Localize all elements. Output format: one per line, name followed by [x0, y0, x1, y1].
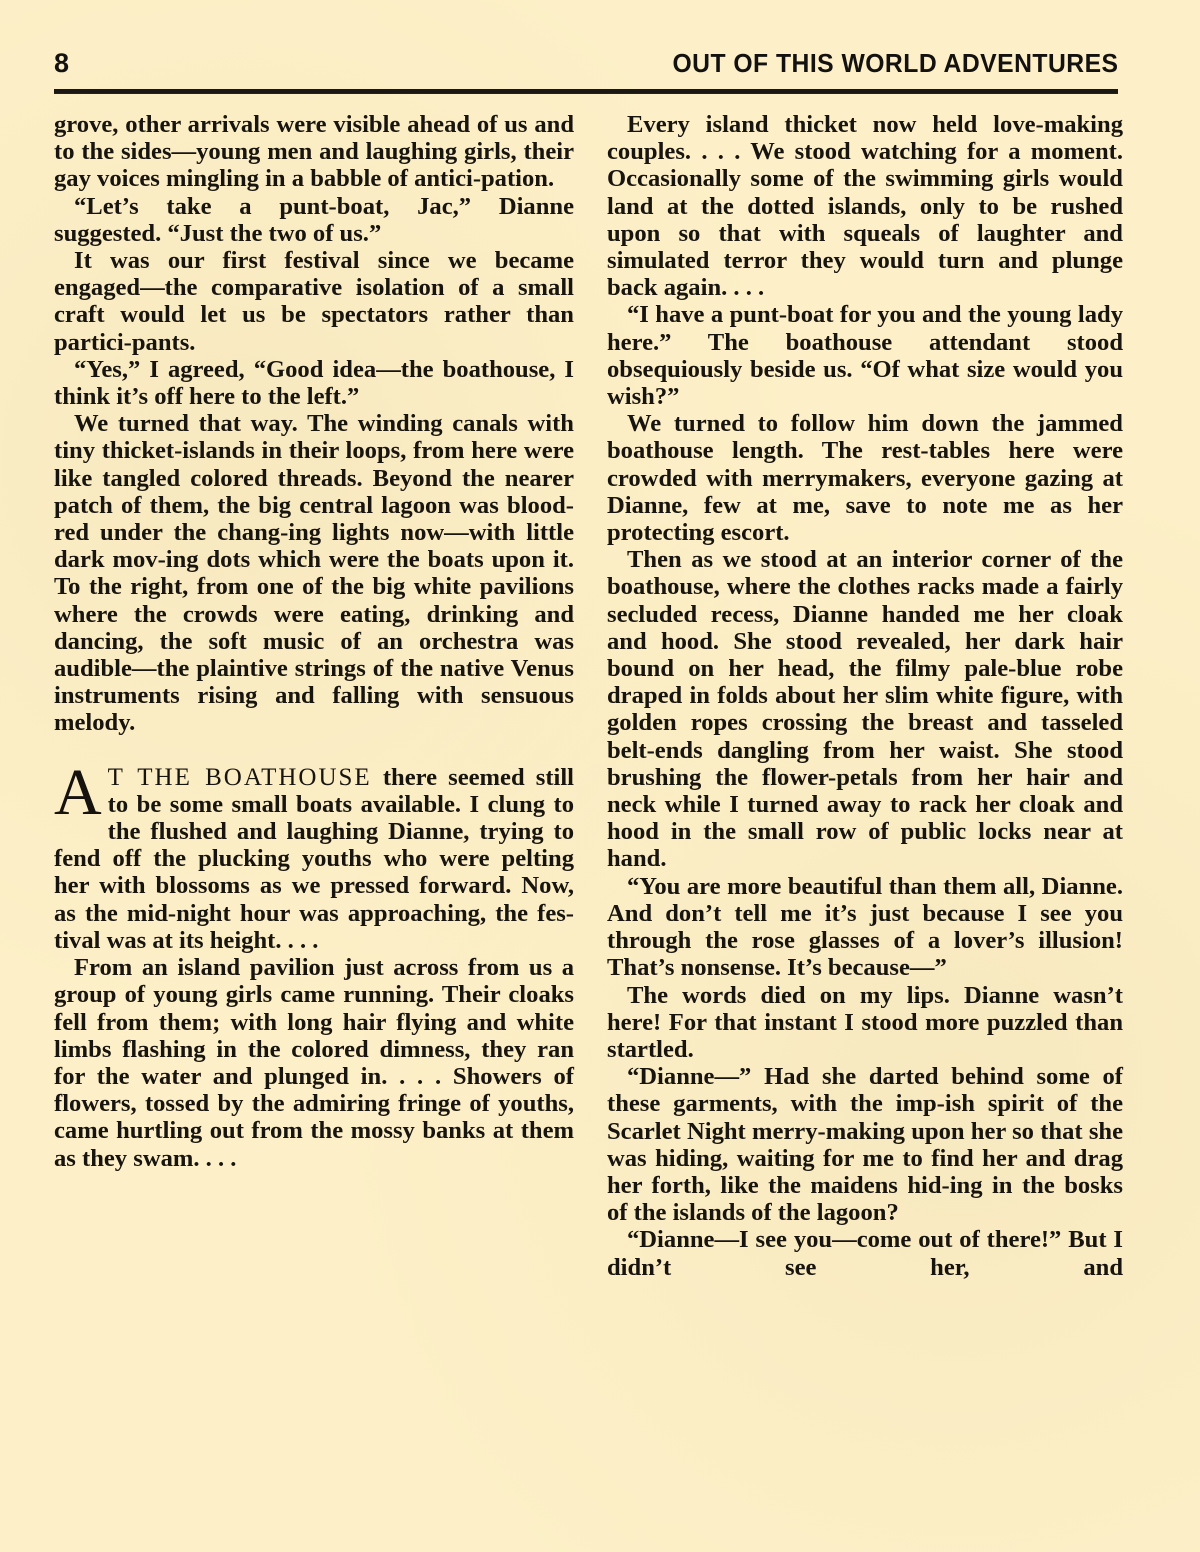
paragraph: “You are more beautiful than them all, D…	[607, 873, 1123, 982]
section-opening-paragraph: AT THE BOATHOUSE there seemed still to b…	[54, 764, 574, 954]
paragraph: “I have a punt-boat for you and the youn…	[607, 301, 1123, 410]
paragraph: We turned that way. The winding canals w…	[54, 410, 574, 736]
section-break	[54, 737, 574, 764]
left-column: grove, other arrivals were visible ahead…	[54, 111, 574, 1172]
continued-paragraph: “Dianne—I see you—come out of there!” Bu…	[607, 1226, 1123, 1280]
paragraph: We turned to follow him down the jammed …	[607, 410, 1123, 546]
paragraph: From an island pavilion just across from…	[54, 954, 574, 1172]
paragraph: “Yes,” I agreed, “Good idea—the boathous…	[54, 356, 574, 410]
magazine-page: 8 OUT OF THIS WORLD ADVENTURES grove, ot…	[0, 0, 1200, 1552]
section-paragraph-text: there seemed still to be some small boat…	[54, 764, 574, 954]
drop-cap: A	[54, 767, 102, 819]
paragraph: The words died on my lips. Dianne wasn’t…	[607, 982, 1123, 1064]
page-number: 8	[54, 46, 69, 80]
paragraph: Every island thicket now held love-makin…	[607, 111, 1123, 301]
paragraph: grove, other arrivals were visible ahead…	[54, 111, 574, 193]
running-title: OUT OF THIS WORLD ADVENTURES	[672, 46, 1118, 80]
page-header: 8 OUT OF THIS WORLD ADVENTURES	[54, 46, 1118, 80]
right-column: Every island thicket now held love-makin…	[607, 111, 1123, 1281]
paragraph: Then as we stood at an interior corner o…	[607, 546, 1123, 872]
paragraph: “Dianne—” Had she darted behind some of …	[607, 1063, 1123, 1226]
paragraph: It was our first festival since we becam…	[54, 247, 574, 356]
header-rule	[54, 89, 1118, 94]
section-lead-in: T THE BOATHOUSE	[108, 764, 372, 791]
paragraph: “Let’s take a punt-boat, Jac,” Dianne su…	[54, 193, 574, 247]
